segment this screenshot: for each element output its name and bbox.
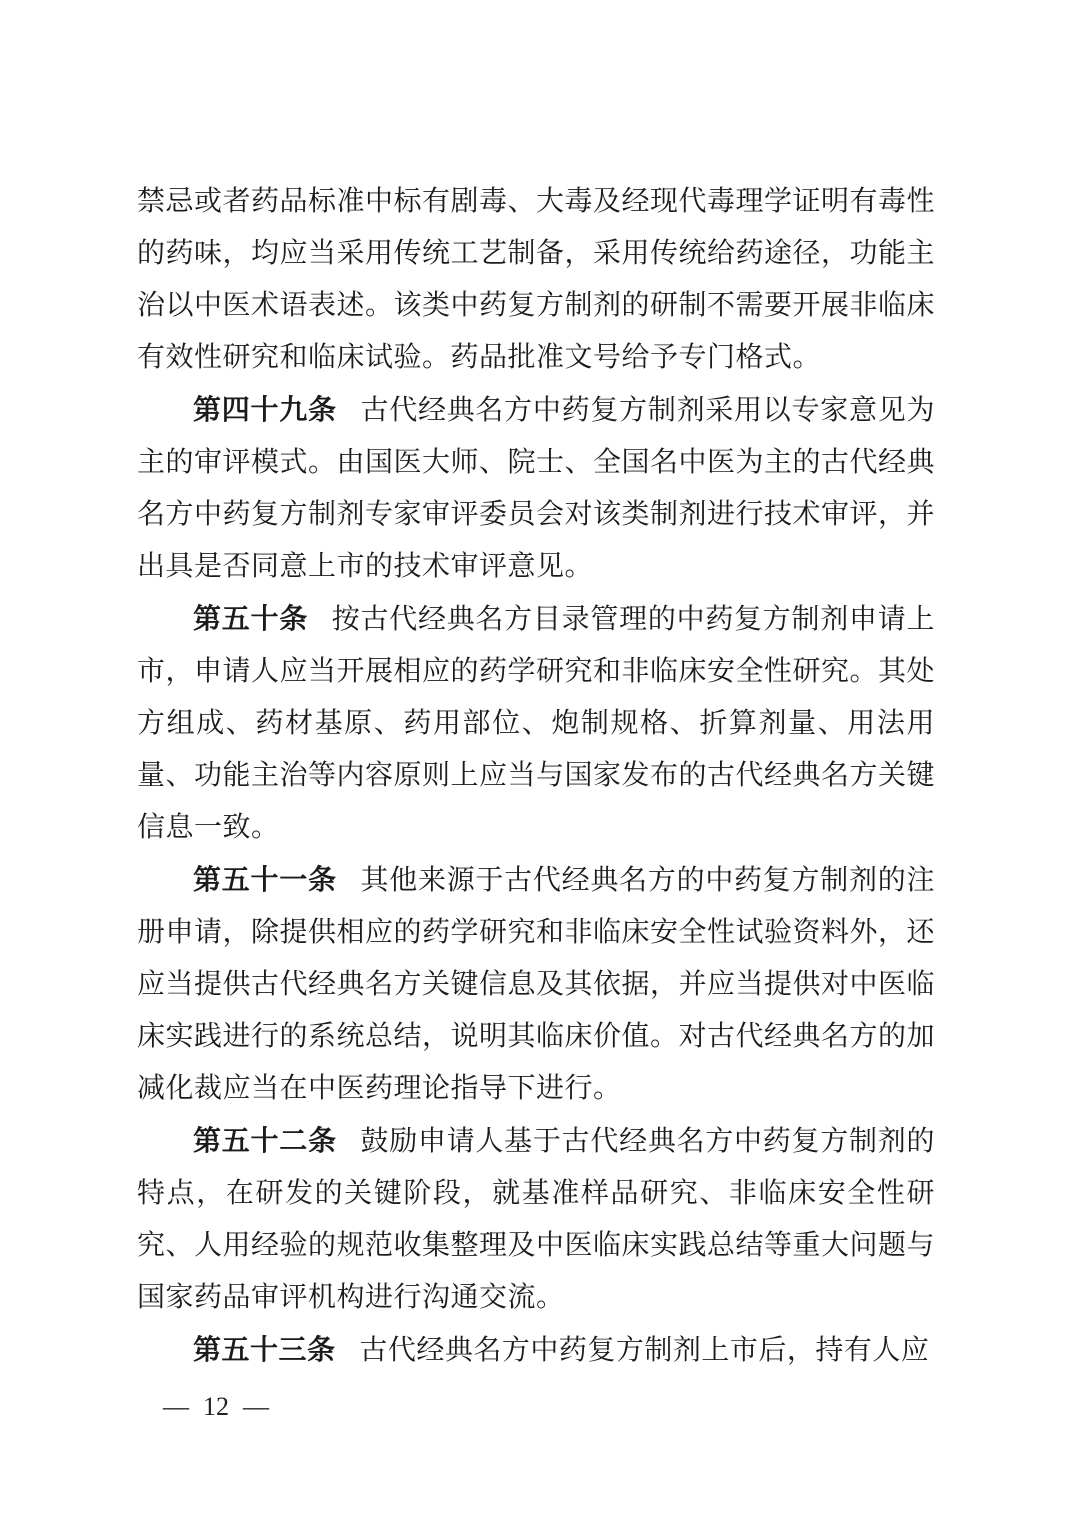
paragraph-article-50: 第五十条按古代经典名方目录管理的中药复方制剂申请上市，申请人应当开展相应的药学研… (137, 593, 935, 854)
paragraph-text: 禁忌或者药品标准中标有剧毒、大毒及经现代毒理学证明有毒性的药味，均应当采用传统工… (137, 186, 935, 373)
paragraph-article-52: 第五十二条鼓励申请人基于古代经典名方中药复方制剂的特点，在研发的关键阶段，就基准… (137, 1115, 935, 1324)
article-number-51: 第五十一条 (193, 864, 337, 895)
article-number-49: 第四十九条 (193, 394, 337, 425)
article-text-51: 其他来源于古代经典名方的中药复方制剂的注册申请，除提供相应的药学研究和非临床安全… (137, 865, 935, 1104)
paragraph-article-51: 第五十一条其他来源于古代经典名方的中药复方制剂的注册申请，除提供相应的药学研究和… (137, 854, 935, 1115)
article-number-53: 第五十三条 (193, 1334, 336, 1365)
footer-left-dash: — (163, 1390, 189, 1424)
article-text-50: 按古代经典名方目录管理的中药复方制剂申请上市，申请人应当开展相应的药学研究和非临… (137, 604, 935, 843)
document-body: 禁忌或者药品标准中标有剧毒、大毒及经现代毒理学证明有毒性的药味，均应当采用传统工… (137, 176, 935, 1377)
article-number-50: 第五十条 (193, 603, 308, 634)
page-number: 12 (203, 1390, 229, 1424)
paragraph-article-49: 第四十九条古代经典名方中药复方制剂采用以专家意见为主的审评模式。由国医大师、院士… (137, 384, 935, 593)
page-footer: — 12 — (163, 1390, 269, 1424)
footer-right-dash: — (243, 1390, 269, 1424)
article-number-52: 第五十二条 (193, 1125, 337, 1156)
document-page: 禁忌或者药品标准中标有剧毒、大毒及经现代毒理学证明有毒性的药味，均应当采用传统工… (0, 0, 1071, 1515)
paragraph-article-53: 第五十三条古代经典名方中药复方制剂上市后，持有人应 (137, 1324, 935, 1377)
paragraph-continuation: 禁忌或者药品标准中标有剧毒、大毒及经现代毒理学证明有毒性的药味，均应当采用传统工… (137, 176, 935, 384)
article-text-53: 古代经典名方中药复方制剂上市后，持有人应 (359, 1335, 929, 1366)
